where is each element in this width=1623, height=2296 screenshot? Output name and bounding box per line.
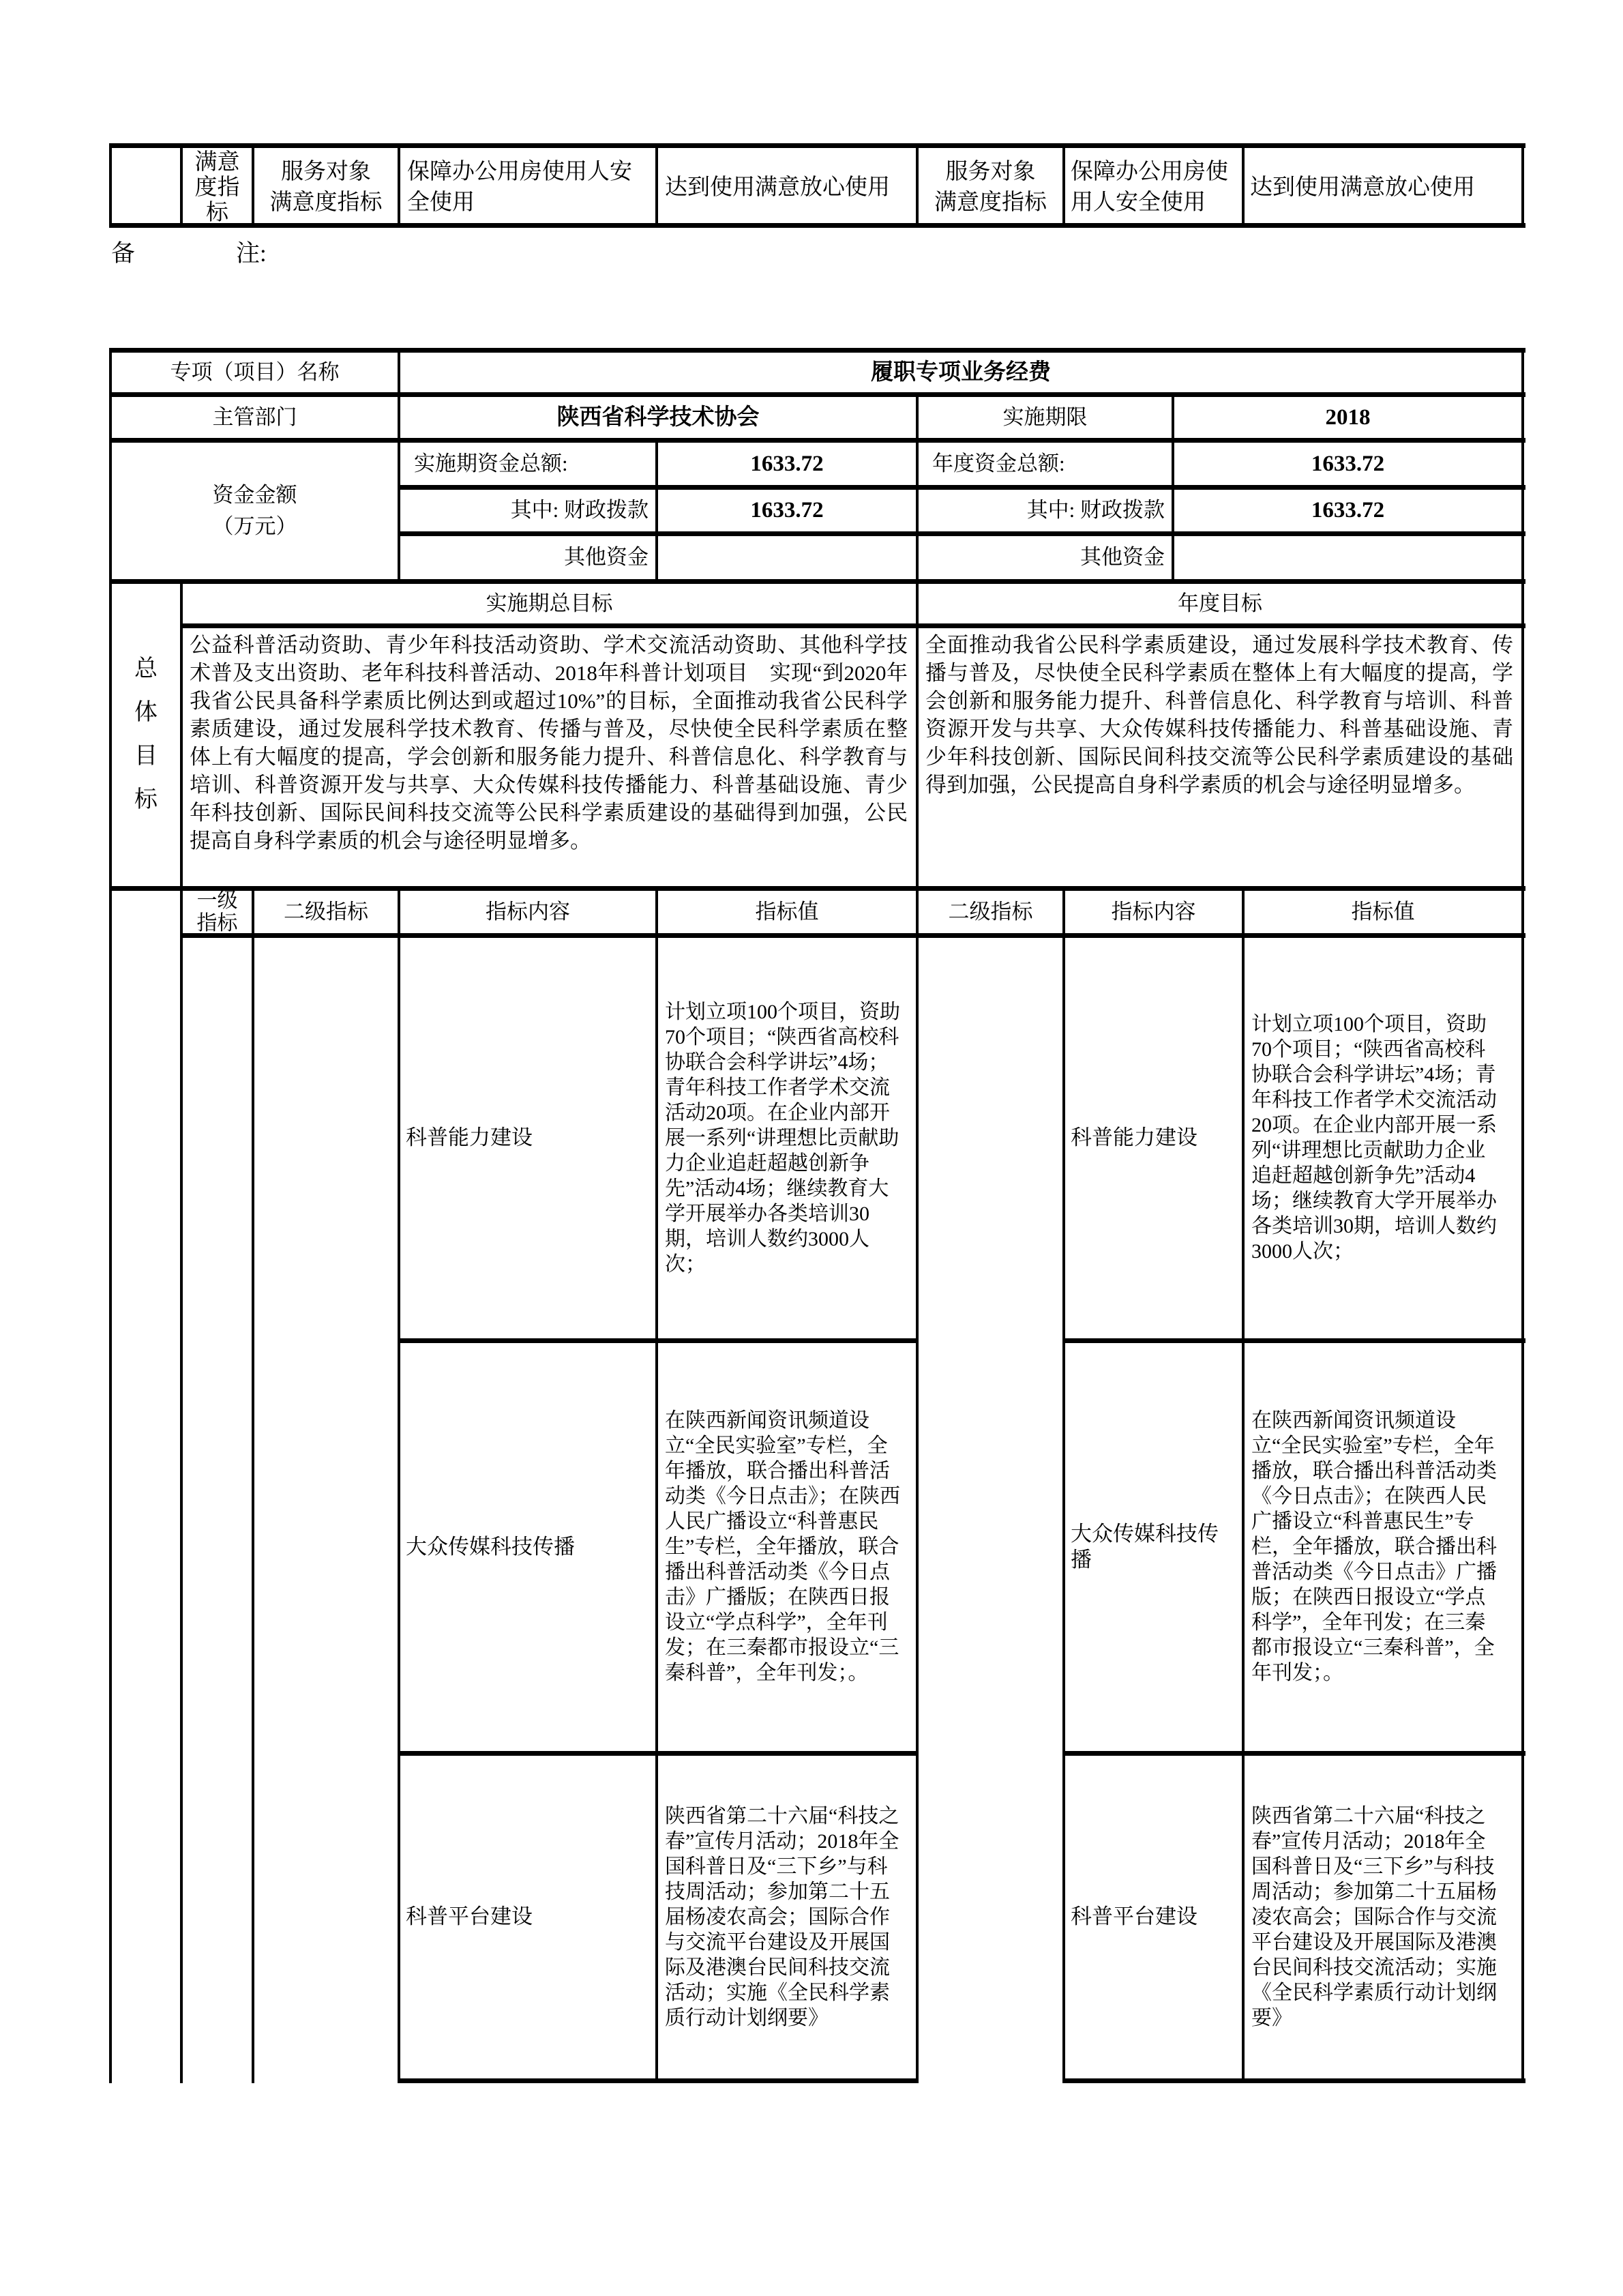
grid-line [655,886,658,2083]
satisfaction-header-cell: 满意度指标 [181,150,253,225]
grid-line [399,2078,917,2083]
overall-goal-side-text: 总体目标 [134,647,158,822]
satisfaction-left-indicator: 服务对象 满意度指标 [253,150,399,225]
grid-line [110,223,1525,228]
grid-line [1242,886,1245,2083]
project-name-value: 履职专项业务经费 [399,350,1523,394]
header-level2-right: 二级指标 [917,888,1064,935]
header-content-right: 指标内容 [1064,888,1243,935]
dept-label: 主管部门 [110,394,399,440]
funding-other-year-value [1173,533,1523,581]
funding-other-year-label: 其他资金 [917,533,1173,581]
funding-total-year-value: 1633.72 [1173,440,1523,487]
grid-line [916,143,919,228]
grid-line [399,1751,917,1756]
grid-line [1521,143,1524,228]
grid-line [916,392,919,2083]
header-value-left: 指标值 [657,888,917,935]
funding-fiscal-year-value: 1633.72 [1173,487,1523,533]
annual-goal-text: 全面推动我省公民科学素质建设，通过发展科学技术教育、传播与普及，尽快使全民科学素… [917,625,1523,888]
grid-line [655,143,658,228]
grid-line [399,485,1525,490]
amount-label: 资金金额 （万元） [110,440,399,581]
indicator-content-left-3: 科普平台建设 [399,1753,657,2080]
indicator-content-right-3: 科普平台建设 [1064,1753,1243,2080]
grid-line [1242,143,1245,228]
grid-line [1064,2078,1525,2083]
grid-line [398,348,400,581]
grid-line [110,348,1525,353]
indicator-value-left-2: 在陕西新闻资讯频道设立“全民实验室”专栏，全年播放，联合播出科普活动类《今日点击… [657,1340,917,1753]
satisfaction-right-value: 达到使用满意放心使用 [1243,150,1523,225]
grid-line [110,579,1525,584]
grid-line [110,143,1525,148]
document-page: 满意度指标 服务对象 满意度指标 保障办公用房使用人安全使用 达到使用满意放心使… [0,0,1623,2296]
satisfaction-left-content: 保障办公用房使用人安全使用 [399,150,657,225]
grid-line [110,438,1525,443]
grid-line [181,933,1525,938]
grid-line [399,531,1525,536]
remark-colon: 注: [236,239,291,269]
grid-line [1064,1751,1525,1756]
period-goal-header: 实施期总目标 [181,581,917,625]
period-value: 2018 [1173,394,1523,440]
satisfaction-right-content: 保障办公用房使用人安全使用 [1064,150,1243,225]
header-level1: 一级 指标 [181,888,253,935]
project-name-label: 专项（项目）名称 [110,350,399,394]
indicator-content-left-1: 科普能力建设 [399,935,657,1340]
indicator-content-right-2: 大众传媒科技传播 [1064,1340,1243,1753]
indicator-value-right-2: 在陕西新闻资讯频道设立“全民实验室”专栏，全年播放，联合播出科普活动类《今日点击… [1243,1340,1523,1753]
funding-fiscal-period-value: 1633.72 [657,487,917,533]
satisfaction-right-indicator: 服务对象 满意度指标 [917,150,1064,225]
grid-line [181,623,1525,628]
grid-line [1172,392,1174,581]
grid-line [252,143,254,228]
grid-line [109,348,112,2083]
funding-total-period-value: 1633.72 [657,440,917,487]
grid-line [1521,348,1524,2083]
indicator-value-left-3: 陕西省第二十六届“科技之春”宣传月活动；2018年全国科普日及“三下乡”与科技周… [657,1753,917,2080]
grid-line [109,143,112,228]
indicator-content-left-2: 大众传媒科技传播 [399,1340,657,1753]
annual-goal-header: 年度目标 [917,581,1523,625]
grid-line [180,143,183,228]
grid-line [110,886,1525,891]
satisfaction-left-value: 达到使用满意放心使用 [657,150,917,225]
overall-goal-side-label: 总体目标 [110,581,181,888]
period-goal-text: 公益科普活动资助、青少年科技活动资助、学术交流活动资助、其他科学技术普及支出资助… [181,625,917,888]
grid-line [399,1338,917,1343]
indicator-value-left-1: 计划立项100个项目，资助70个项目；“陕西省高校科协联合会科学讲坛”4场；青年… [657,935,917,1340]
grid-line [1062,143,1065,228]
funding-total-year-label: 年度资金总额: [917,440,1173,487]
funding-total-period-label: 实施期资金总额: [399,440,657,487]
funding-other-period-value [657,533,917,581]
funding-fiscal-year-label: 其中: 财政拨款 [917,487,1173,533]
grid-line [1062,886,1065,2083]
indicator-content-right-1: 科普能力建设 [1064,935,1243,1340]
indicator-value-right-1: 计划立项100个项目，资助70个项目；“陕西省高校科协联合会科学讲坛”4场；青年… [1243,935,1523,1340]
remark-label: 备 [111,239,152,269]
grid-line [398,143,400,228]
grid-line [398,886,400,2083]
funding-fiscal-period-label: 其中: 财政拨款 [399,487,657,533]
dept-value: 陕西省科学技术协会 [399,394,917,440]
grid-line [1064,1338,1525,1343]
grid-line [110,392,1525,397]
funding-other-period-label: 其他资金 [399,533,657,581]
header-content-left: 指标内容 [399,888,657,935]
indicator-value-right-3: 陕西省第二十六届“科技之春”宣传月活动；2018年全国科普日及“三下乡”与科技周… [1243,1753,1523,2080]
header-level2-left: 二级指标 [253,888,399,935]
grid-line [180,579,183,2083]
grid-line [655,438,658,581]
grid-line [252,886,254,2083]
header-value-right: 指标值 [1243,888,1523,935]
period-label: 实施期限 [917,394,1173,440]
